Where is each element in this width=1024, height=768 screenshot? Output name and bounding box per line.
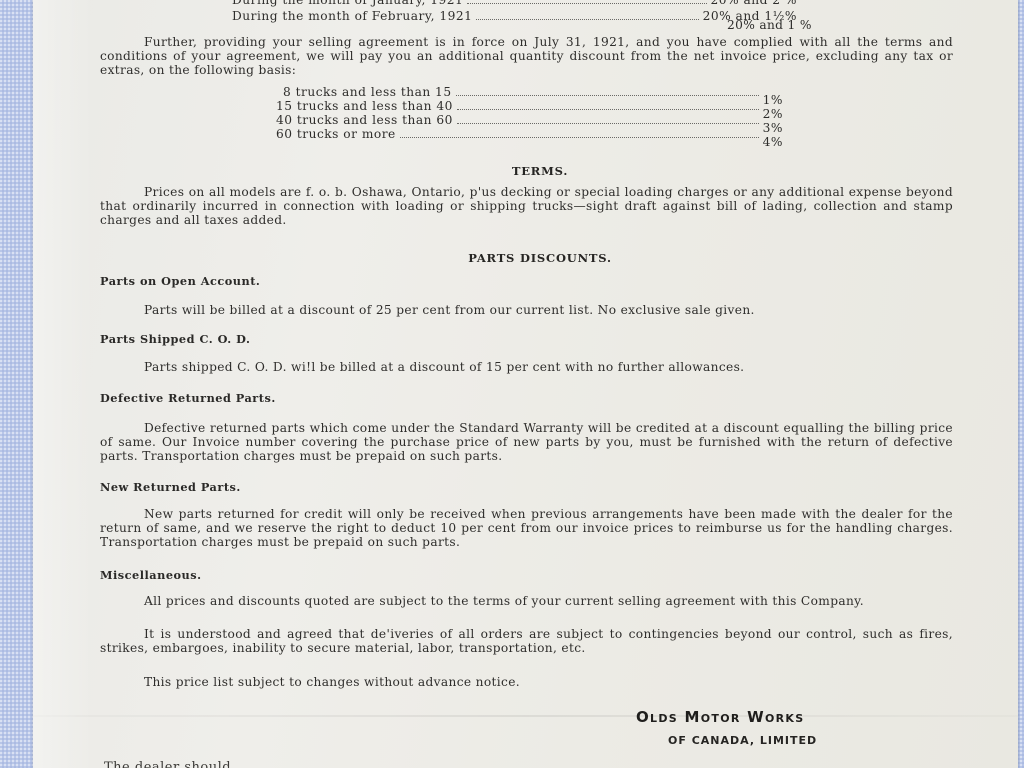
quantity-label: 8 trucks and less than 15 xyxy=(283,85,452,99)
company-name: Olds Motor Works xyxy=(636,708,804,726)
misc-paragraph: It is understood and agreed that de'iver… xyxy=(100,627,953,655)
quantity-discount-row: 60 trucks or more 4% xyxy=(276,127,783,141)
section-text: Parts will be billed at a discount of 25… xyxy=(100,303,953,317)
quantity-label: 15 trucks and less than 40 xyxy=(276,99,453,113)
monthly-discount-row: During the month of February, 1921 20% a… xyxy=(232,9,797,23)
quantity-value: 4% xyxy=(763,135,783,149)
monthly-discount-value: 20% and 1 % xyxy=(727,18,812,32)
misc-paragraph: All prices and discounts quoted are subj… xyxy=(100,594,953,608)
quantity-label: 60 trucks or more xyxy=(276,127,396,141)
section-title: Defective Returned Parts. xyxy=(100,391,276,405)
section-text: Parts shipped C. O. D. wi!l be billed at… xyxy=(100,360,953,374)
section-title: Parts Shipped C. O. D. xyxy=(100,332,250,346)
parts-discounts-heading: PARTS DISCOUNTS. xyxy=(0,251,1024,265)
monthly-discount-label: During the month of January, 1921 xyxy=(232,0,463,7)
section-text: Defective returned parts which come unde… xyxy=(100,421,953,463)
monthly-discount-value: 20% and 2 % xyxy=(711,0,797,7)
section-title: Parts on Open Account. xyxy=(100,274,260,288)
quantity-discount-row: 8 trucks and less than 15 1% xyxy=(283,85,783,99)
leader-dots xyxy=(456,95,759,96)
monthly-discount-row: During the month of January, 1921 20% an… xyxy=(232,0,797,7)
terms-heading: TERMS. xyxy=(0,164,1024,178)
misc-paragraph: This price list subject to changes witho… xyxy=(100,675,953,689)
misc-title: Miscellaneous. xyxy=(100,568,202,582)
section-title: New Returned Parts. xyxy=(100,480,241,494)
leader-dots xyxy=(400,137,759,138)
quantity-discount-intro: Further, providing your selling agreemen… xyxy=(100,35,953,77)
cut-off-line: The dealer should... xyxy=(104,760,245,768)
section-text: New parts returned for credit will only … xyxy=(100,507,953,549)
leader-dots xyxy=(476,19,698,20)
quantity-label: 40 trucks and less than 60 xyxy=(276,113,453,127)
quantity-discount-row: 40 trucks and less than 60 3% xyxy=(276,113,783,127)
leader-dots xyxy=(457,109,759,110)
monthly-discount-label: During the month of February, 1921 xyxy=(232,9,472,23)
company-subtitle: OF CANADA, LIMITED xyxy=(668,734,817,747)
leader-dots xyxy=(457,123,759,124)
quantity-discount-row: 15 trucks and less than 40 2% xyxy=(276,99,783,113)
terms-paragraph: Prices on all models are f. o. b. Oshawa… xyxy=(100,185,953,227)
leader-dots xyxy=(467,3,706,4)
